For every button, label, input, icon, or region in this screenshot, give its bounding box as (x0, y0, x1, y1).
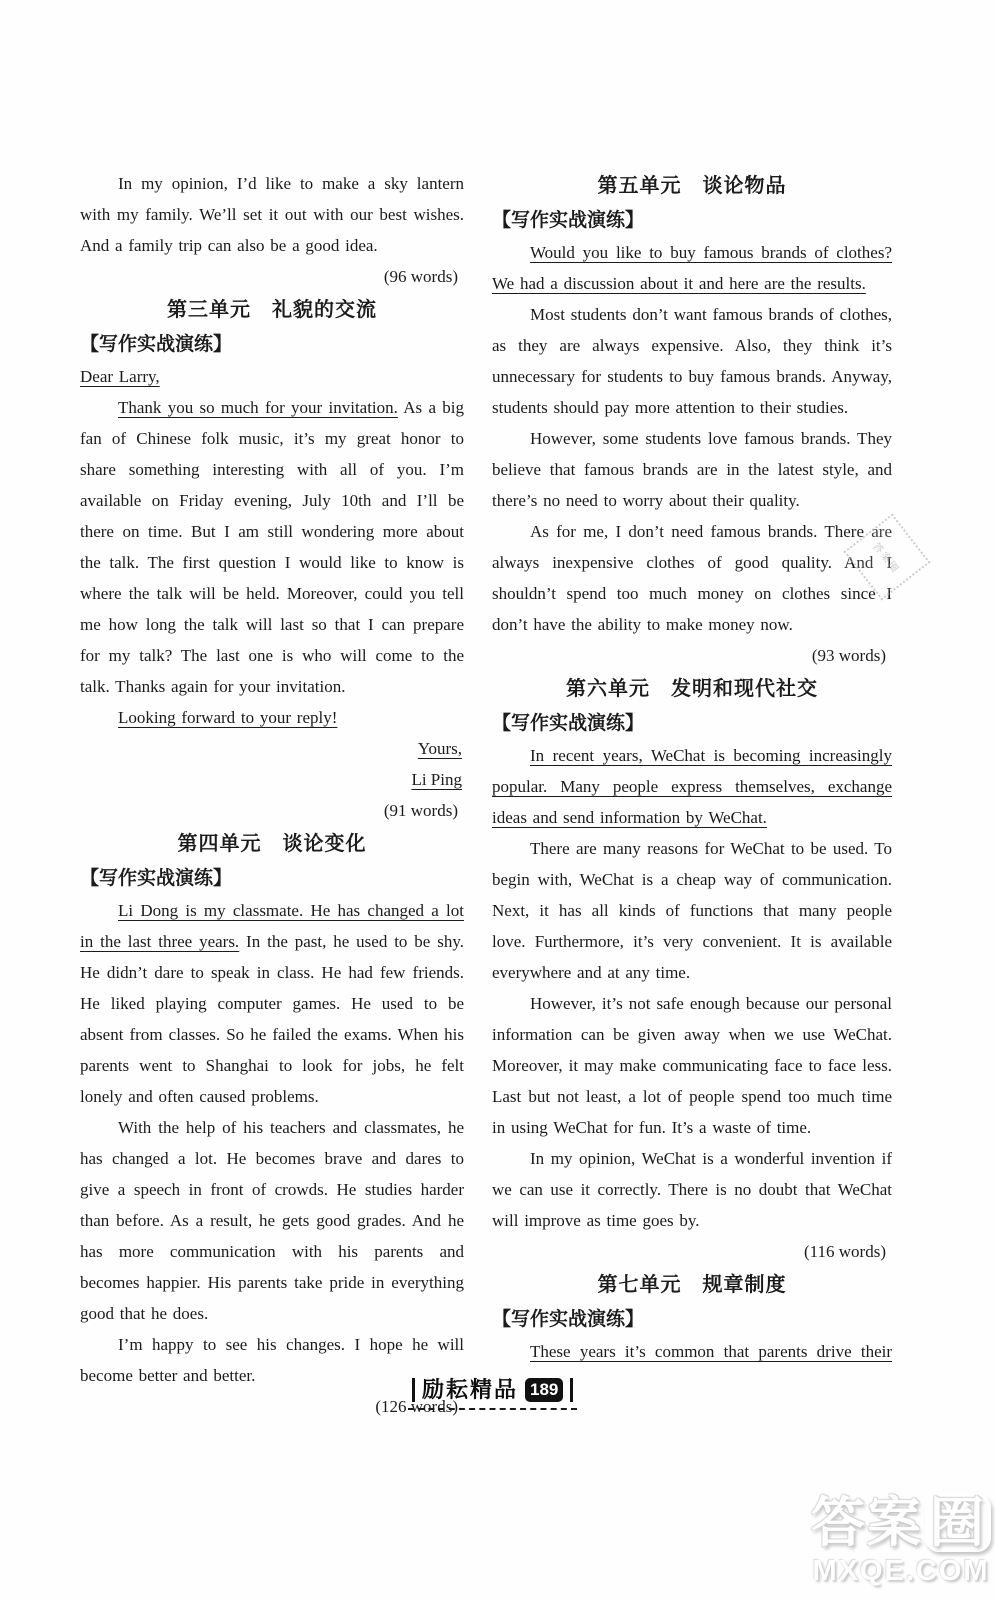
text-run: In my opinion, I’d like to make a sky la… (80, 174, 464, 255)
underlined-text: Thank you so much for your invitation. (118, 398, 398, 417)
text-run: 第七单元 规章制度 (598, 1274, 787, 1296)
essay-paragraph: As for me, I don’t need famous brands. T… (492, 516, 892, 640)
essay-paragraph: However, some students love famous brand… (492, 423, 892, 516)
underlined-text: Dear Larry, (80, 367, 160, 386)
text-run: There are many reasons for WeChat to be … (492, 839, 892, 982)
text-run: (116 words) (804, 1242, 886, 1261)
word-count: (93 words) (492, 640, 892, 671)
watermark-title: 答案 圈 (808, 1494, 994, 1552)
watermark-badge: 圈 (925, 1494, 991, 1552)
essay-paragraph: Most students don’t want famous brands o… (492, 299, 892, 423)
section-label: 【写作实战演练】 (492, 204, 892, 237)
unit-heading: 第六单元 发明和现代社交 (492, 672, 892, 706)
unit-heading: 第四单元 谈论变化 (80, 827, 464, 861)
text-run: However, it’s not safe enough because ou… (492, 994, 892, 1137)
text-run: With the help of his teachers and classm… (80, 1118, 464, 1323)
signature-line: Li Ping (80, 764, 464, 795)
word-count: (96 words) (80, 261, 464, 292)
footer-divider-bar (412, 1378, 415, 1402)
text-run: However, some students love famous brand… (492, 429, 892, 510)
unit-heading: 第三单元 礼貌的交流 (80, 293, 464, 327)
essay-paragraph: Would you like to buy famous brands of c… (492, 237, 892, 299)
underlined-text: Looking forward to your reply! (118, 708, 337, 727)
essay-paragraph: However, it’s not safe enough because ou… (492, 988, 892, 1143)
essay-paragraph: Dear Larry, (80, 361, 464, 392)
essay-paragraph: With the help of his teachers and classm… (80, 1112, 464, 1329)
text-run: 【写作实战演练】 (492, 713, 644, 734)
watermark-site: MXQE.COM (808, 1554, 994, 1588)
left-column: In my opinion, I’d like to make a sky la… (80, 168, 464, 1422)
essay-paragraph: These years it’s common that parents dri… (492, 1336, 892, 1367)
section-label: 【写作实战演练】 (80, 328, 464, 361)
text-run: 【写作实战演练】 (80, 868, 232, 889)
text-run: As for me, I don’t need famous brands. T… (492, 522, 892, 634)
essay-paragraph: In recent years, WeChat is becoming incr… (492, 740, 892, 833)
underlined-text: Would you like to buy famous brands of c… (492, 243, 892, 293)
text-run: As a big fan of Chinese folk music, it’s… (80, 398, 464, 696)
text-run: In my opinion, WeChat is a wonderful inv… (492, 1149, 892, 1230)
section-label: 【写作实战演练】 (492, 1303, 892, 1336)
text-run: 第六单元 发明和现代社交 (566, 678, 818, 700)
corner-stamp-text: 答案圈 (870, 538, 904, 576)
text-run: I’m happy to see his changes. I hope he … (80, 1335, 464, 1385)
text-run: 第四单元 谈论变化 (178, 833, 367, 855)
essay-paragraph: Li Dong is my classmate. He has changed … (80, 895, 464, 1112)
essay-paragraph: I’m happy to see his changes. I hope he … (80, 1329, 464, 1391)
watermark: 答案 圈 MXQE.COM (808, 1494, 994, 1588)
text-run: 第五单元 谈论物品 (598, 175, 787, 197)
page-number-badge: 189 (525, 1378, 563, 1402)
essay-paragraph: In my opinion, I’d like to make a sky la… (80, 168, 464, 261)
right-column: 第五单元 谈论物品【写作实战演练】Would you like to buy f… (492, 168, 892, 1367)
essay-paragraph: In my opinion, WeChat is a wonderful inv… (492, 1143, 892, 1236)
section-label: 【写作实战演练】 (492, 707, 892, 740)
word-count: (126 words) (80, 1391, 464, 1422)
text-run: (91 words) (384, 801, 458, 820)
text-run: 第三单元 礼貌的交流 (167, 299, 377, 321)
essay-paragraph: Looking forward to your reply! (80, 702, 464, 733)
scanned-workbook-page: In my opinion, I’d like to make a sky la… (0, 0, 995, 1600)
text-run: (96 words) (384, 267, 458, 286)
text-run: 【写作实战演练】 (492, 210, 644, 231)
underlined-text: Li Ping (411, 770, 462, 789)
word-count: (116 words) (492, 1236, 892, 1267)
essay-paragraph: Thank you so much for your invitation. A… (80, 392, 464, 702)
text-run: Most students don’t want famous brands o… (492, 305, 892, 417)
underlined-text: Yours, (418, 739, 462, 758)
unit-heading: 第五单元 谈论物品 (492, 169, 892, 203)
footer-logo: 励耘精品 189 (408, 1378, 577, 1410)
text-run: 【写作实战演练】 (492, 1309, 644, 1330)
underlined-text: These years it’s common that parents dri… (530, 1342, 892, 1361)
text-run: (93 words) (812, 646, 886, 665)
text-run: In the past, he used to be shy. He didn’… (80, 932, 464, 1106)
watermark-title-text: 答案 (811, 1494, 923, 1552)
word-count: (91 words) (80, 795, 464, 826)
footer-divider-bar (570, 1378, 573, 1402)
unit-heading: 第七单元 规章制度 (492, 1268, 892, 1302)
text-run: 【写作实战演练】 (80, 334, 232, 355)
signature-line: Yours, (80, 733, 464, 764)
brand-name: 励耘精品 (422, 1378, 518, 1402)
underlined-text: In recent years, WeChat is becoming incr… (492, 746, 892, 827)
essay-paragraph: There are many reasons for WeChat to be … (492, 833, 892, 988)
text-columns: In my opinion, I’d like to make a sky la… (80, 168, 892, 1422)
section-label: 【写作实战演练】 (80, 862, 464, 895)
